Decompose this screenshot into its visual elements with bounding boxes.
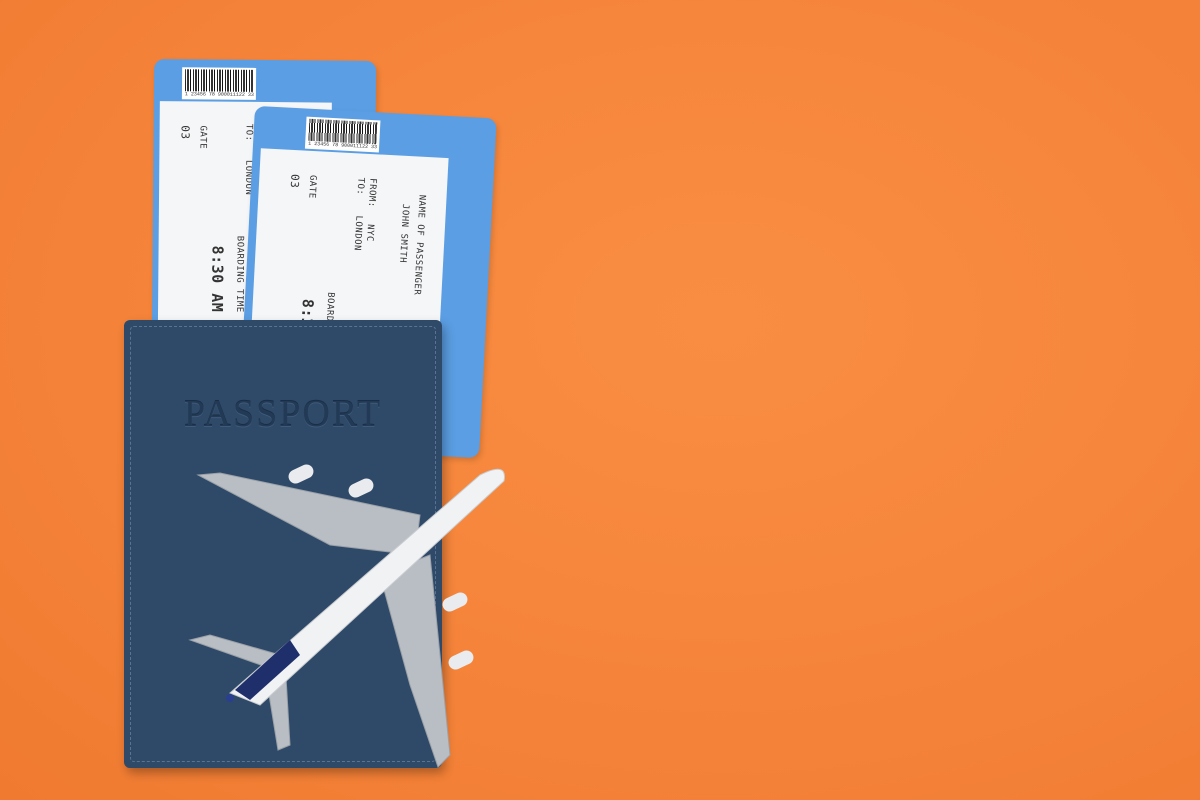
- to-value: LONDON: [352, 215, 364, 251]
- passport-title: PASSPORT: [124, 392, 442, 436]
- boarding-time-value: 8:30 AM: [208, 246, 227, 313]
- to-label: TO:: [355, 177, 366, 195]
- gate-label: GATE: [306, 175, 317, 199]
- barcode: 1 23456 78 900011122 33: [305, 117, 381, 153]
- gate-value: 03: [179, 125, 192, 139]
- gate-label: GATE: [197, 125, 207, 149]
- from-value: NYC: [364, 224, 375, 242]
- airplane-icon: [180, 455, 520, 775]
- gate-value: 03: [288, 174, 302, 189]
- boarding-time-label: BOARDING TIME: [234, 236, 245, 313]
- from-label: FROM:: [366, 178, 378, 208]
- to-label: TO:: [244, 124, 254, 142]
- barcode: 1 23456 78 900011122 33: [182, 67, 256, 100]
